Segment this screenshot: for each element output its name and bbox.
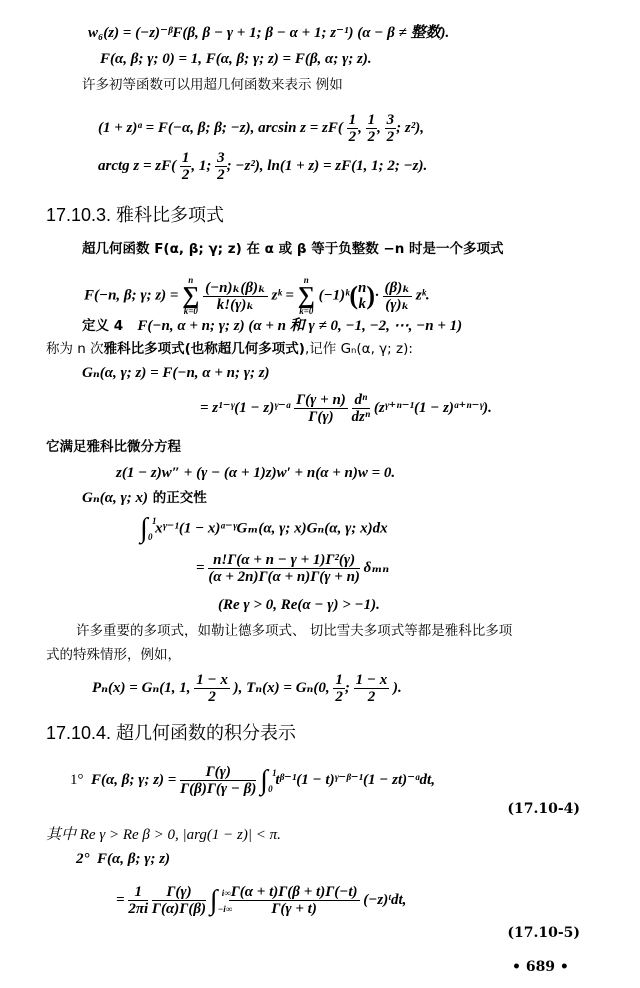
formula-polynomial: F(−n, β; γ; z) = n∑k=0 (−n)ₖ(β)ₖk!(γ)ₖ z…: [84, 276, 430, 316]
frac-num: n!Γ(α + n − γ + 1)Γ²(γ): [208, 552, 360, 569]
tn-post: ).: [393, 680, 402, 696]
integral-symbol: ∫10: [140, 514, 148, 544]
frac-den: k!(γ)ₖ: [203, 297, 268, 313]
frac-den: 2: [333, 689, 345, 705]
definition-bold-term: 雅科比多项式(也称超几何多项式): [104, 341, 305, 357]
frac-num: 1: [333, 672, 345, 689]
tn-frac: 1 − x2: [354, 672, 390, 705]
frac-half-3: 12: [180, 150, 192, 183]
frac-num: 1: [128, 884, 148, 901]
poly-end: zᵏ.: [416, 287, 430, 303]
definition-line: 定义 4 F(−n, α + n; γ; z) (α + n 和 γ ≠ 0, …: [82, 316, 462, 335]
tn-half-frac: 12: [333, 672, 345, 705]
frac-half-1: 12: [347, 112, 359, 145]
frac-num: (−n)ₖ(β)ₖ: [203, 280, 268, 297]
equation-number-17-10-4: (17.10-4): [507, 800, 580, 818]
special-cases-text-2: 式的特殊情形，例如，: [46, 646, 181, 664]
formula-ode: z(1 − z)w″ + (γ − (α + 1)z)w′ + n(α + n)…: [116, 464, 395, 482]
ode-intro: 它满足雅科比微分方程: [46, 438, 181, 456]
orthogonality-intro: Gₙ(α, γ; x) 的正交性: [82, 488, 207, 507]
page-number: • 689 •: [512, 958, 569, 976]
poly-term2: (−1)ᵏ: [319, 287, 350, 303]
ex2-part-b: 1;: [199, 158, 212, 174]
pn-frac: 1 − x2: [194, 672, 230, 705]
frac-den: Γ(β)Γ(γ − β): [180, 781, 256, 797]
frac-den: 2: [215, 167, 227, 183]
formula-2-label: 2°: [76, 851, 90, 867]
frac-num: 1 − x: [194, 672, 230, 689]
tn-pre: ), Tₙ(x) = Gₙ(0,: [234, 680, 330, 696]
orth-text: 的正交性: [153, 490, 207, 506]
frac-den: (α + 2n)Γ(α + n)Γ(γ + n): [208, 569, 360, 585]
frac-num: 1: [347, 112, 359, 129]
formula-1-condition: 其中 Re γ > Re β > 0, |arg(1 − z)| < π.: [46, 826, 281, 844]
definition-post: ,记作 Gₙ(α, γ; z):: [305, 341, 413, 357]
f2-coef-frac: 12πi: [128, 884, 148, 917]
frac-num: 1 − x: [354, 672, 390, 689]
integral-symbol: ∫i∞−i∞: [210, 886, 218, 916]
frac-num: Γ(γ): [152, 884, 206, 901]
frac-num: Γ(γ): [180, 764, 256, 781]
f2-lhs: F(α, β; γ; z): [97, 851, 170, 867]
definition-pre: 称为 n 次: [46, 341, 104, 357]
frac-num: 1: [180, 150, 192, 167]
formula-legendre-chebyshev: Pₙ(x) = Gₙ(1, 1, 1 − x2 ), Tₙ(x) = Gₙ(0,…: [92, 672, 402, 705]
formula-examples-1: (1 + z)ᵃ = F(−α, β; β; −z), arcsin z = z…: [98, 112, 424, 145]
gn-post: (zᵞ⁺ⁿ⁻¹(1 − z)ᵅ⁺ⁿ⁻ᵞ).: [374, 400, 492, 416]
f1-lhs: F(α, β; γ; z) =: [91, 772, 176, 788]
f2-eq: =: [116, 892, 125, 908]
gn-deriv-frac: dⁿdzⁿ: [352, 392, 371, 425]
formula-1-label: 1°: [70, 772, 84, 788]
frac-den: 2: [194, 689, 230, 705]
int-upper: 1: [152, 512, 157, 530]
frac-den: 2: [366, 129, 378, 145]
frac-num: dⁿ: [352, 392, 371, 409]
equation-number-17-10-5: (17.10-5): [507, 924, 580, 942]
frac-num: 3: [385, 112, 397, 129]
f1-integrand: tᵝ⁻¹(1 − t)ᵞ⁻ᵝ⁻¹(1 − zt)⁻ᵅdt,: [275, 772, 435, 788]
section-heading-17-10-4: 17.10.4. 超几何函数的积分表示: [46, 722, 296, 744]
sum-lower: k=0: [182, 307, 199, 316]
f1-frac: Γ(γ)Γ(β)Γ(γ − β): [180, 764, 256, 797]
section-heading-17-10-3: 17.10.3. 雅科比多项式: [46, 204, 224, 226]
definition-label: 定义 4: [82, 318, 123, 334]
sum-symbol-2: n∑k=0: [298, 276, 315, 316]
orthogonality-condition: (Re γ > 0, Re(α − γ) > −1).: [218, 596, 380, 614]
ex2-part-c: −z²), ln(1 + z) = zF(1, 1; 2; −z).: [235, 158, 427, 174]
frac-den: Γ(γ + t): [229, 901, 360, 917]
frac-num: 3: [215, 150, 227, 167]
orth-frac: n!Γ(α + n − γ + 1)Γ²(γ)(α + 2n)Γ(α + n)Γ…: [208, 552, 360, 585]
ex2-part-a: arctg z = zF(: [98, 158, 176, 174]
section-3-intro: 超几何函数 F(α, β; γ; z) 在 α 或 β 等于负整数 −n 时是一…: [82, 240, 504, 258]
ex1-part-b: z²),: [405, 120, 424, 136]
frac-three-half-2: 32: [215, 150, 227, 183]
frac-den: 2: [354, 689, 390, 705]
formula-orthogonality-integral: ∫10 xᵞ⁻¹(1 − x)ᵅ⁻ᵞGₘ(α, γ; x)Gₙ(α, γ; x)…: [140, 514, 388, 544]
formula-orthogonality-rhs: = n!Γ(α + n − γ + 1)Γ²(γ)(α + 2n)Γ(α + n…: [196, 552, 389, 585]
frac-num: 1: [366, 112, 378, 129]
formula-properties: F(α, β; γ; 0) = 1, F(α, β; γ; z) = F(β, …: [100, 50, 372, 68]
int-lower: 0: [148, 528, 153, 546]
poly-frac-2: (β)ₖ(γ)ₖ: [383, 280, 413, 313]
orth-integrand: xᵞ⁻¹(1 − x)ᵅ⁻ᵞGₘ(α, γ; x)Gₙ(α, γ; x)dx: [155, 520, 387, 536]
frac-den: (γ)ₖ: [383, 297, 413, 313]
formula-integral-rep-1: 1° F(α, β; γ; z) = Γ(γ)Γ(β)Γ(γ − β) ∫10 …: [70, 764, 435, 797]
frac-num: Γ(α + t)Γ(β + t)Γ(−t): [229, 884, 360, 901]
poly-lhs: F(−n, β; γ; z) =: [84, 287, 178, 303]
frac-half-2: 12: [366, 112, 378, 145]
int-lower: 0: [268, 780, 273, 798]
frac-den: 2: [385, 129, 397, 145]
frac-den: dzⁿ: [352, 409, 371, 425]
frac-den: 2πi: [128, 901, 148, 917]
ex1-part-a: (1 + z)ᵃ = F(−α, β; β; −z), arcsin z = z…: [98, 120, 343, 136]
formula-gn-2: = z¹⁻ᵞ(1 − z)ᵞ⁻ᵅ Γ(γ + n)Γ(γ) dⁿdzⁿ (zᵞ⁺…: [200, 392, 492, 425]
formula-w6: w₆(z) = (−z)⁻ᵝF(β, β − γ + 1; β − α + 1;…: [88, 24, 449, 42]
formula-integral-rep-2-lhs: 2° F(α, β; γ; z): [76, 850, 170, 868]
poly-frac-1: (−n)ₖ(β)ₖk!(γ)ₖ: [203, 280, 268, 313]
orth-expr: Gₙ(α, γ; x): [82, 490, 148, 506]
formula-integral-rep-2-rhs: = 12πi Γ(γ)Γ(α)Γ(β) ∫i∞−i∞ Γ(α + t)Γ(β +…: [116, 884, 406, 917]
kronecker-delta: δₘₙ: [364, 560, 389, 576]
frac-num: Γ(γ + n): [294, 392, 348, 409]
frac-den: 2: [347, 129, 359, 145]
frac-three-half: 32: [385, 112, 397, 145]
gn-gamma-frac: Γ(γ + n)Γ(γ): [294, 392, 348, 425]
special-cases-text-1: 许多重要的多项式，如勒让德多项式、 切比雪夫多项式等都是雅科比多项: [76, 622, 512, 640]
integral-symbol: ∫10: [260, 766, 268, 796]
poly-mid: zᵏ =: [272, 287, 294, 303]
frac-den: 2: [180, 167, 192, 183]
pn-pre: Pₙ(x) = Gₙ(1, 1,: [92, 680, 191, 696]
intro-elementary-text: 许多初等函数可以用超几何函数来表示 例如: [82, 76, 343, 94]
formula-examples-2: arctg z = zF( 12, 1; 32; −z²), ln(1 + z)…: [98, 150, 427, 183]
definition-text: 称为 n 次雅科比多项式(也称超几何多项式),记作 Gₙ(α, γ; z):: [46, 340, 413, 358]
gn-pre: = z¹⁻ᵞ(1 − z)ᵞ⁻ᵅ: [200, 400, 290, 416]
sum-lower: k=0: [298, 307, 315, 316]
int-upper: 1: [272, 764, 277, 782]
f2-kernel-frac: Γ(α + t)Γ(β + t)Γ(−t)Γ(γ + t): [229, 884, 360, 917]
sum-symbol: n∑k=0: [182, 276, 199, 316]
formula-gn-1: Gₙ(α, γ; z) = F(−n, α + n; γ; z): [82, 364, 270, 382]
frac-num: (β)ₖ: [383, 280, 413, 297]
frac-den: Γ(α)Γ(β): [152, 901, 206, 917]
f2-gamma-frac: Γ(γ)Γ(α)Γ(β): [152, 884, 206, 917]
f2-tail: (−z)ᵗdt,: [363, 892, 406, 908]
int-lower: −i∞: [218, 900, 232, 918]
frac-den: Γ(γ): [294, 409, 348, 425]
definition-expr: F(−n, α + n; γ; z) (α + n 和 γ ≠ 0, −1, −…: [137, 318, 462, 334]
